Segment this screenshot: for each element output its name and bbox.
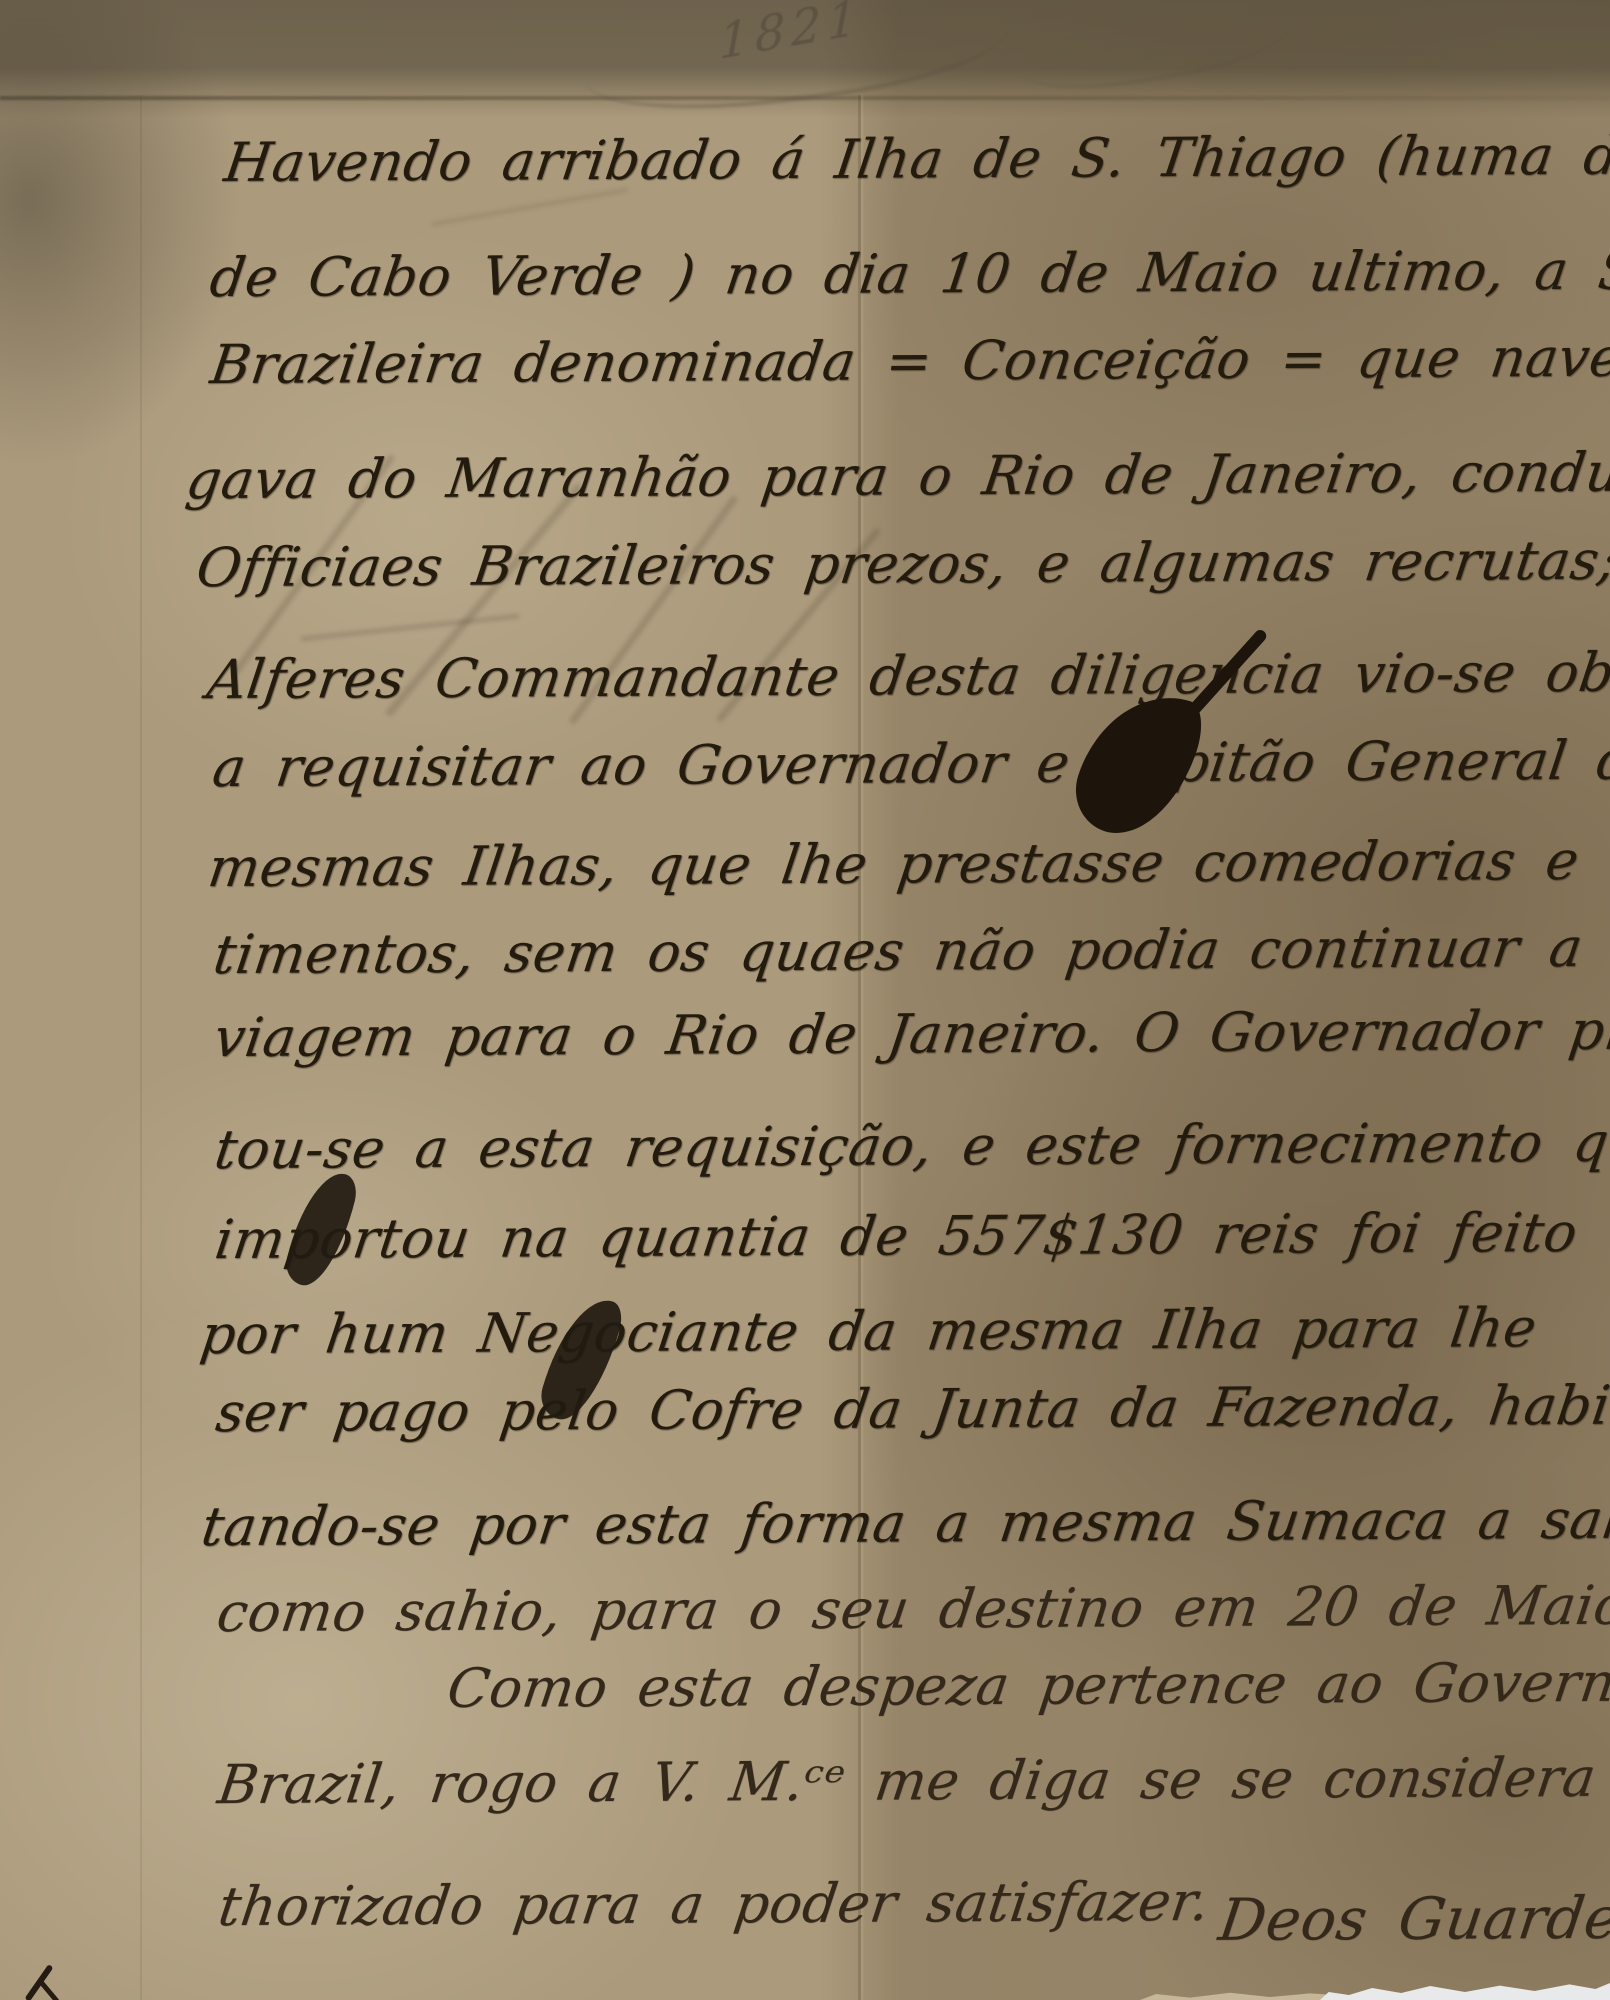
manuscript-line: Brazil, rogo a V. M.ᶜᵉ me diga se se con… bbox=[214, 1745, 1610, 1816]
manuscript-line: Como esta despeza pertence ao Governo do bbox=[443, 1650, 1610, 1720]
manuscript-page: 1821 Havendo arribado á Ilha de S. Thiag… bbox=[0, 0, 1610, 2000]
manuscript-line-text: Alferes Commandante desta diligencia vio… bbox=[203, 640, 1610, 711]
manuscript-line-text: por hum Negociante da mesma Ilha para lh… bbox=[197, 1296, 1541, 1366]
manuscript-line-text: Brazil, rogo a V. M.ᶜᵉ me diga se se con… bbox=[214, 1745, 1610, 1816]
manuscript-line: Alferes Commandante desta diligencia vio… bbox=[203, 640, 1610, 711]
manuscript-line-text: viagem para o Rio de Janeiro. O Governad… bbox=[210, 998, 1610, 1069]
manuscript-line: tou-se a esta requisição, e este forneci… bbox=[211, 1110, 1610, 1181]
manuscript-line-text: Officiaes Brazileiros prezos, e algumas … bbox=[193, 528, 1610, 599]
manuscript-line-text: Como esta despeza pertence ao Governo do bbox=[444, 1650, 1610, 1720]
manuscript-line-text: mesmas Ilhas, que lhe prestasse comedori… bbox=[204, 828, 1610, 899]
manuscript-line-text: tando-se por esta forma a mesma Sumaca a… bbox=[198, 1487, 1610, 1558]
manuscript-line: tando-se por esta forma a mesma Sumaca a… bbox=[198, 1487, 1610, 1558]
manuscript-line: Officiaes Brazileiros prezos, e algumas … bbox=[193, 528, 1610, 599]
letter-body: Havendo arribado á Ilha de S. Thiago (hu… bbox=[0, 0, 1610, 2000]
manuscript-line-text: gava do Maranhão para o Rio de Janeiro, … bbox=[182, 440, 1610, 511]
manuscript-line-text: de Cabo Verde ) no dia 10 de Maio ultimo… bbox=[206, 238, 1610, 309]
manuscript-line-text: a requisitar ao Governador e Capitão Gen… bbox=[209, 728, 1610, 799]
closing-line: Deos Guarde bbox=[1215, 1884, 1610, 1954]
manuscript-line-text: tou-se a esta requisição, e este forneci… bbox=[211, 1110, 1610, 1181]
manuscript-line: de Cabo Verde ) no dia 10 de Maio ultimo… bbox=[206, 238, 1610, 309]
manuscript-line: como sahio, para o seu destino em 20 de … bbox=[213, 1574, 1610, 1644]
manuscript-line: importou na quantia de 557$130 reis foi … bbox=[211, 1201, 1573, 1271]
manuscript-line-text: Brazileira denominada = Conceição = que … bbox=[207, 325, 1610, 396]
manuscript-line: thorizado para a poder satisfazer. bbox=[215, 1870, 1205, 1938]
manuscript-line-text: como sahio, para o seu destino em 20 de … bbox=[213, 1574, 1610, 1645]
manuscript-line: ser pago pelo Cofre da Junta da Fazenda,… bbox=[212, 1373, 1610, 1444]
manuscript-line: a requisitar ao Governador e Capitão Gen… bbox=[209, 728, 1610, 799]
manuscript-line-text: timentos, sem os quaes não podia continu… bbox=[210, 916, 1587, 986]
manuscript-line-text: thorizado para a poder satisfazer. bbox=[215, 1870, 1214, 1938]
manuscript-line: viagem para o Rio de Janeiro. O Governad… bbox=[210, 998, 1610, 1069]
manuscript-line-text: importou na quantia de 557$130 reis foi … bbox=[211, 1201, 1581, 1271]
manuscript-line-text: ser pago pelo Cofre da Junta da Fazenda,… bbox=[212, 1373, 1610, 1444]
manuscript-line-text: Havendo arribado á Ilha de S. Thiago (hu… bbox=[221, 123, 1610, 194]
manuscript-line: mesmas Ilhas, que lhe prestasse comedori… bbox=[204, 828, 1610, 899]
manuscript-line: timentos, sem os quaes não podia continu… bbox=[210, 916, 1579, 986]
manuscript-line: Havendo arribado á Ilha de S. Thiago (hu… bbox=[220, 123, 1610, 194]
manuscript-line-text: Deos Guarde bbox=[1215, 1884, 1610, 1954]
manuscript-line: Brazileira denominada = Conceição = que … bbox=[207, 325, 1610, 396]
manuscript-line: por hum Negociante da mesma Ilha para lh… bbox=[197, 1296, 1532, 1366]
manuscript-line: gava do Maranhão para o Rio de Janeiro, … bbox=[182, 440, 1610, 511]
